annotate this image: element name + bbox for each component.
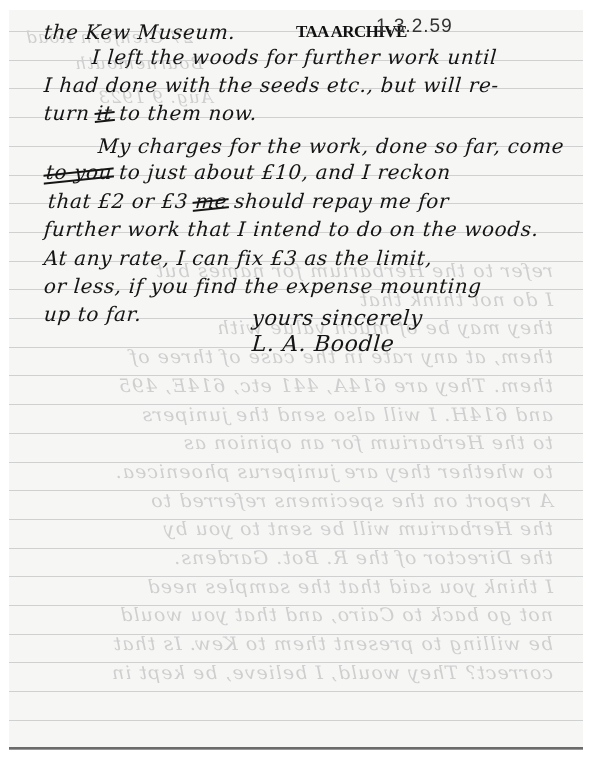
ruled-line — [9, 720, 583, 721]
bleed-through-line: to the Herbarium for an opinion as — [183, 432, 553, 454]
bleed-through-line: the Herbarium will be sent to you by — [163, 518, 553, 540]
ruled-line — [9, 605, 583, 606]
ruled-line — [9, 490, 583, 491]
letter-line: or less, if you find the expense mountin… — [43, 274, 482, 298]
letter-line: turn it to them now. — [43, 101, 258, 125]
closing: yours sincerely — [251, 306, 423, 330]
bleed-through-line: the Director of the R. Bot. Gardens. — [173, 547, 553, 569]
ruled-line — [9, 462, 583, 463]
bleed-through-line: A report on the specimens referred to — [150, 490, 553, 512]
ruled-line — [9, 375, 583, 376]
bleed-through-line: and 614H. I will also send the junipers — [141, 404, 553, 426]
bleed-through-line: them. They are 614A, 441 etc, 614E, 495 — [118, 375, 553, 397]
ruled-line — [9, 691, 583, 692]
signature: L. A. Boodle — [251, 332, 395, 357]
bleed-through-line: to whether they are juniperus phoenicea. — [115, 461, 553, 483]
letter-line: further work that I intend to do on the … — [43, 217, 539, 241]
ruled-line — [9, 548, 583, 549]
letter-line: I left the woods for further work until — [91, 45, 498, 69]
letter-line: to you to just about £10, and I reckon — [45, 160, 451, 184]
letter-line: up to far. — [43, 302, 142, 326]
bleed-through-line: correct? They would, I believe, be kept … — [111, 662, 553, 684]
letter-line: At any rate, I can fix £3 as the limit, — [43, 246, 433, 270]
struck-word: it — [96, 101, 113, 125]
ruled-line — [9, 519, 583, 520]
letter-line: My charges for the work, done so far, co… — [97, 134, 565, 158]
struck-word: me — [194, 189, 228, 213]
archive-reference: 1,3.2.59 — [376, 16, 453, 38]
letter-line: the Kew Museum. — [43, 20, 236, 44]
bleed-through-line: not go back to Cairo, and that you would — [119, 604, 553, 626]
bleed-through-line: be willing to present them to Kew. Is th… — [113, 633, 553, 655]
letter-line: that £2 or £3 me should repay me for — [47, 189, 450, 213]
struck-word: to you — [45, 160, 113, 184]
ruled-line — [9, 576, 583, 577]
bleed-through-line: I think you said that the samples need — [147, 576, 553, 598]
ruled-line — [9, 634, 583, 635]
letter-line: I had done with the seeds etc., but will… — [43, 73, 500, 97]
ruled-line — [9, 433, 583, 434]
ruled-line — [9, 662, 583, 663]
ruled-line — [9, 404, 583, 405]
